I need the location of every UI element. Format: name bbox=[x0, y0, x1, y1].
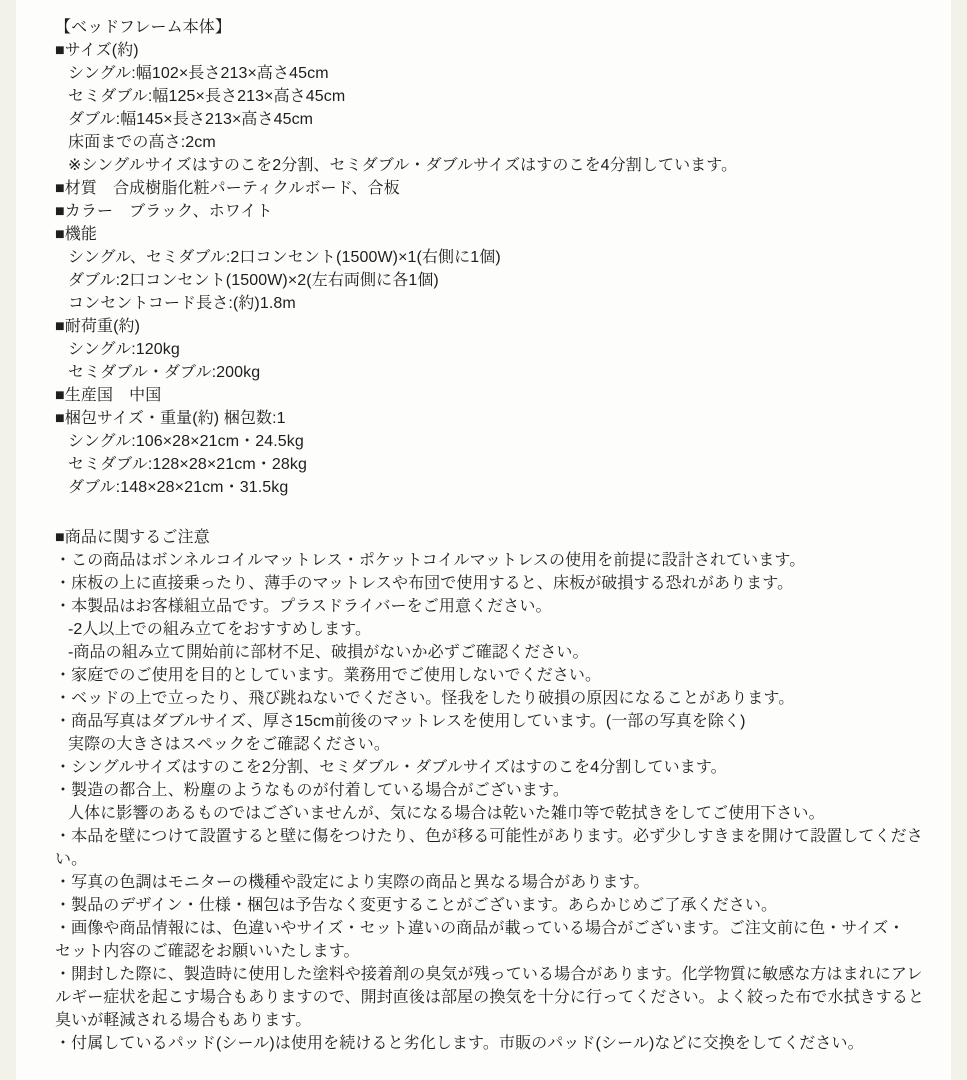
text-line: セミダブル・ダブル:200kg bbox=[55, 361, 947, 384]
text-line: ■サイズ(約) bbox=[55, 39, 947, 62]
text-line: セット内容のご確認をお願いいたします。 bbox=[55, 940, 947, 963]
text-line: コンセントコード長さ:(約)1.8m bbox=[55, 292, 947, 315]
text-line: -2人以上での組み立てをおすすめします。 bbox=[55, 618, 947, 641]
text-line: シングル:120kg bbox=[55, 338, 947, 361]
text-line: シングル:106×28×21cm・24.5kg bbox=[55, 430, 947, 453]
text-line: セミダブル:128×28×21cm・28kg bbox=[55, 453, 947, 476]
text-line: シングル:幅102×長さ213×高さ45cm bbox=[55, 62, 947, 85]
text-line: 床面までの高さ:2cm bbox=[55, 131, 947, 154]
section-gap bbox=[55, 499, 947, 526]
text-line: 【ベッドフレーム本体】 bbox=[55, 16, 947, 39]
text-line: ■材質 合成樹脂化粧パーティクルボード、合板 bbox=[55, 177, 947, 200]
text-line: ・ベッドの上で立ったり、飛び跳ねないでください。怪我をしたり破損の原因になること… bbox=[55, 687, 947, 710]
text-line: 人体に影響のあるものではございませんが、気になる場合は乾いた雑巾等で乾拭きをして… bbox=[55, 802, 947, 825]
text-line: ・画像や商品情報には、色違いやサイズ・セット違いの商品が載っている場合がございま… bbox=[55, 917, 947, 940]
text-line: ・製造の都合上、粉塵のようなものが付着している場合がございます。 bbox=[55, 779, 947, 802]
left-margin-strip bbox=[0, 0, 16, 1080]
text-line: ・床板の上に直接乗ったり、薄手のマットレスや布団で使用すると、床板が破損する恐れ… bbox=[55, 572, 947, 595]
text-line: い。 bbox=[55, 848, 947, 871]
text-line: ダブル:2口コンセント(1500W)×2(左右両側に各1個) bbox=[55, 269, 947, 292]
text-line: 臭いが軽減される場合もあります。 bbox=[55, 1009, 947, 1032]
text-line: ■梱包サイズ・重量(約) 梱包数:1 bbox=[55, 407, 947, 430]
right-margin-strip bbox=[951, 0, 967, 1080]
text-line: ダブル:幅145×長さ213×高さ45cm bbox=[55, 108, 947, 131]
text-line: ・商品写真はダブルサイズ、厚さ15cm前後のマットレスを使用しています。(一部の… bbox=[55, 710, 947, 733]
spec-section: 【ベッドフレーム本体】■サイズ(約)シングル:幅102×長さ213×高さ45cm… bbox=[55, 16, 947, 499]
text-line: ■生産国 中国 bbox=[55, 384, 947, 407]
text-line: ルギー症状を起こす場合もありますので、開封直後は部屋の換気を十分に行ってください… bbox=[55, 986, 947, 1009]
text-line: セミダブル:幅125×長さ213×高さ45cm bbox=[55, 85, 947, 108]
notice-section: ■商品に関するご注意・この商品はボンネルコイルマットレス・ポケットコイルマットレ… bbox=[55, 526, 947, 1055]
text-line: ・開封した際に、製造時に使用した塗料や接着剤の臭気が残っている場合があります。化… bbox=[55, 963, 947, 986]
text-line: シングル、セミダブル:2口コンセント(1500W)×1(右側に1個) bbox=[55, 246, 947, 269]
text-line: ※シングルサイズはすのこを2分割、セミダブル・ダブルサイズはすのこを4分割してい… bbox=[55, 154, 947, 177]
text-line: ■カラー ブラック、ホワイト bbox=[55, 200, 947, 223]
text-line: ・製品のデザイン・仕様・梱包は予告なく変更することがございます。あらかじめご了承… bbox=[55, 894, 947, 917]
text-line: ■機能 bbox=[55, 223, 947, 246]
text-line: ・本品を壁につけて設置すると壁に傷をつけたり、色が移る可能性があります。必ず少し… bbox=[55, 825, 947, 848]
text-line: 実際の大きさはスペックをご確認ください。 bbox=[55, 733, 947, 756]
text-line: ダブル:148×28×21cm・31.5kg bbox=[55, 476, 947, 499]
text-line: ■商品に関するご注意 bbox=[55, 526, 947, 549]
text-line: ・本製品はお客様組立品です。プラスドライバーをご用意ください。 bbox=[55, 595, 947, 618]
text-line: -商品の組み立て開始前に部材不足、破損がないか必ずご確認ください。 bbox=[55, 641, 947, 664]
product-description-text: 【ベッドフレーム本体】■サイズ(約)シングル:幅102×長さ213×高さ45cm… bbox=[55, 16, 947, 1055]
text-line: ・家庭でのご使用を目的としています。業務用でご使用しないでください。 bbox=[55, 664, 947, 687]
text-line: ・この商品はボンネルコイルマットレス・ポケットコイルマットレスの使用を前提に設計… bbox=[55, 549, 947, 572]
text-line: ・付属しているパッド(シール)は使用を続けると劣化します。市販のパッド(シール)… bbox=[55, 1032, 947, 1055]
text-line: ■耐荷重(約) bbox=[55, 315, 947, 338]
text-line: ・シングルサイズはすのこを2分割、セミダブル・ダブルサイズはすのこを4分割してい… bbox=[55, 756, 947, 779]
text-line: ・写真の色調はモニターの機種や設定により実際の商品と異なる場合があります。 bbox=[55, 871, 947, 894]
